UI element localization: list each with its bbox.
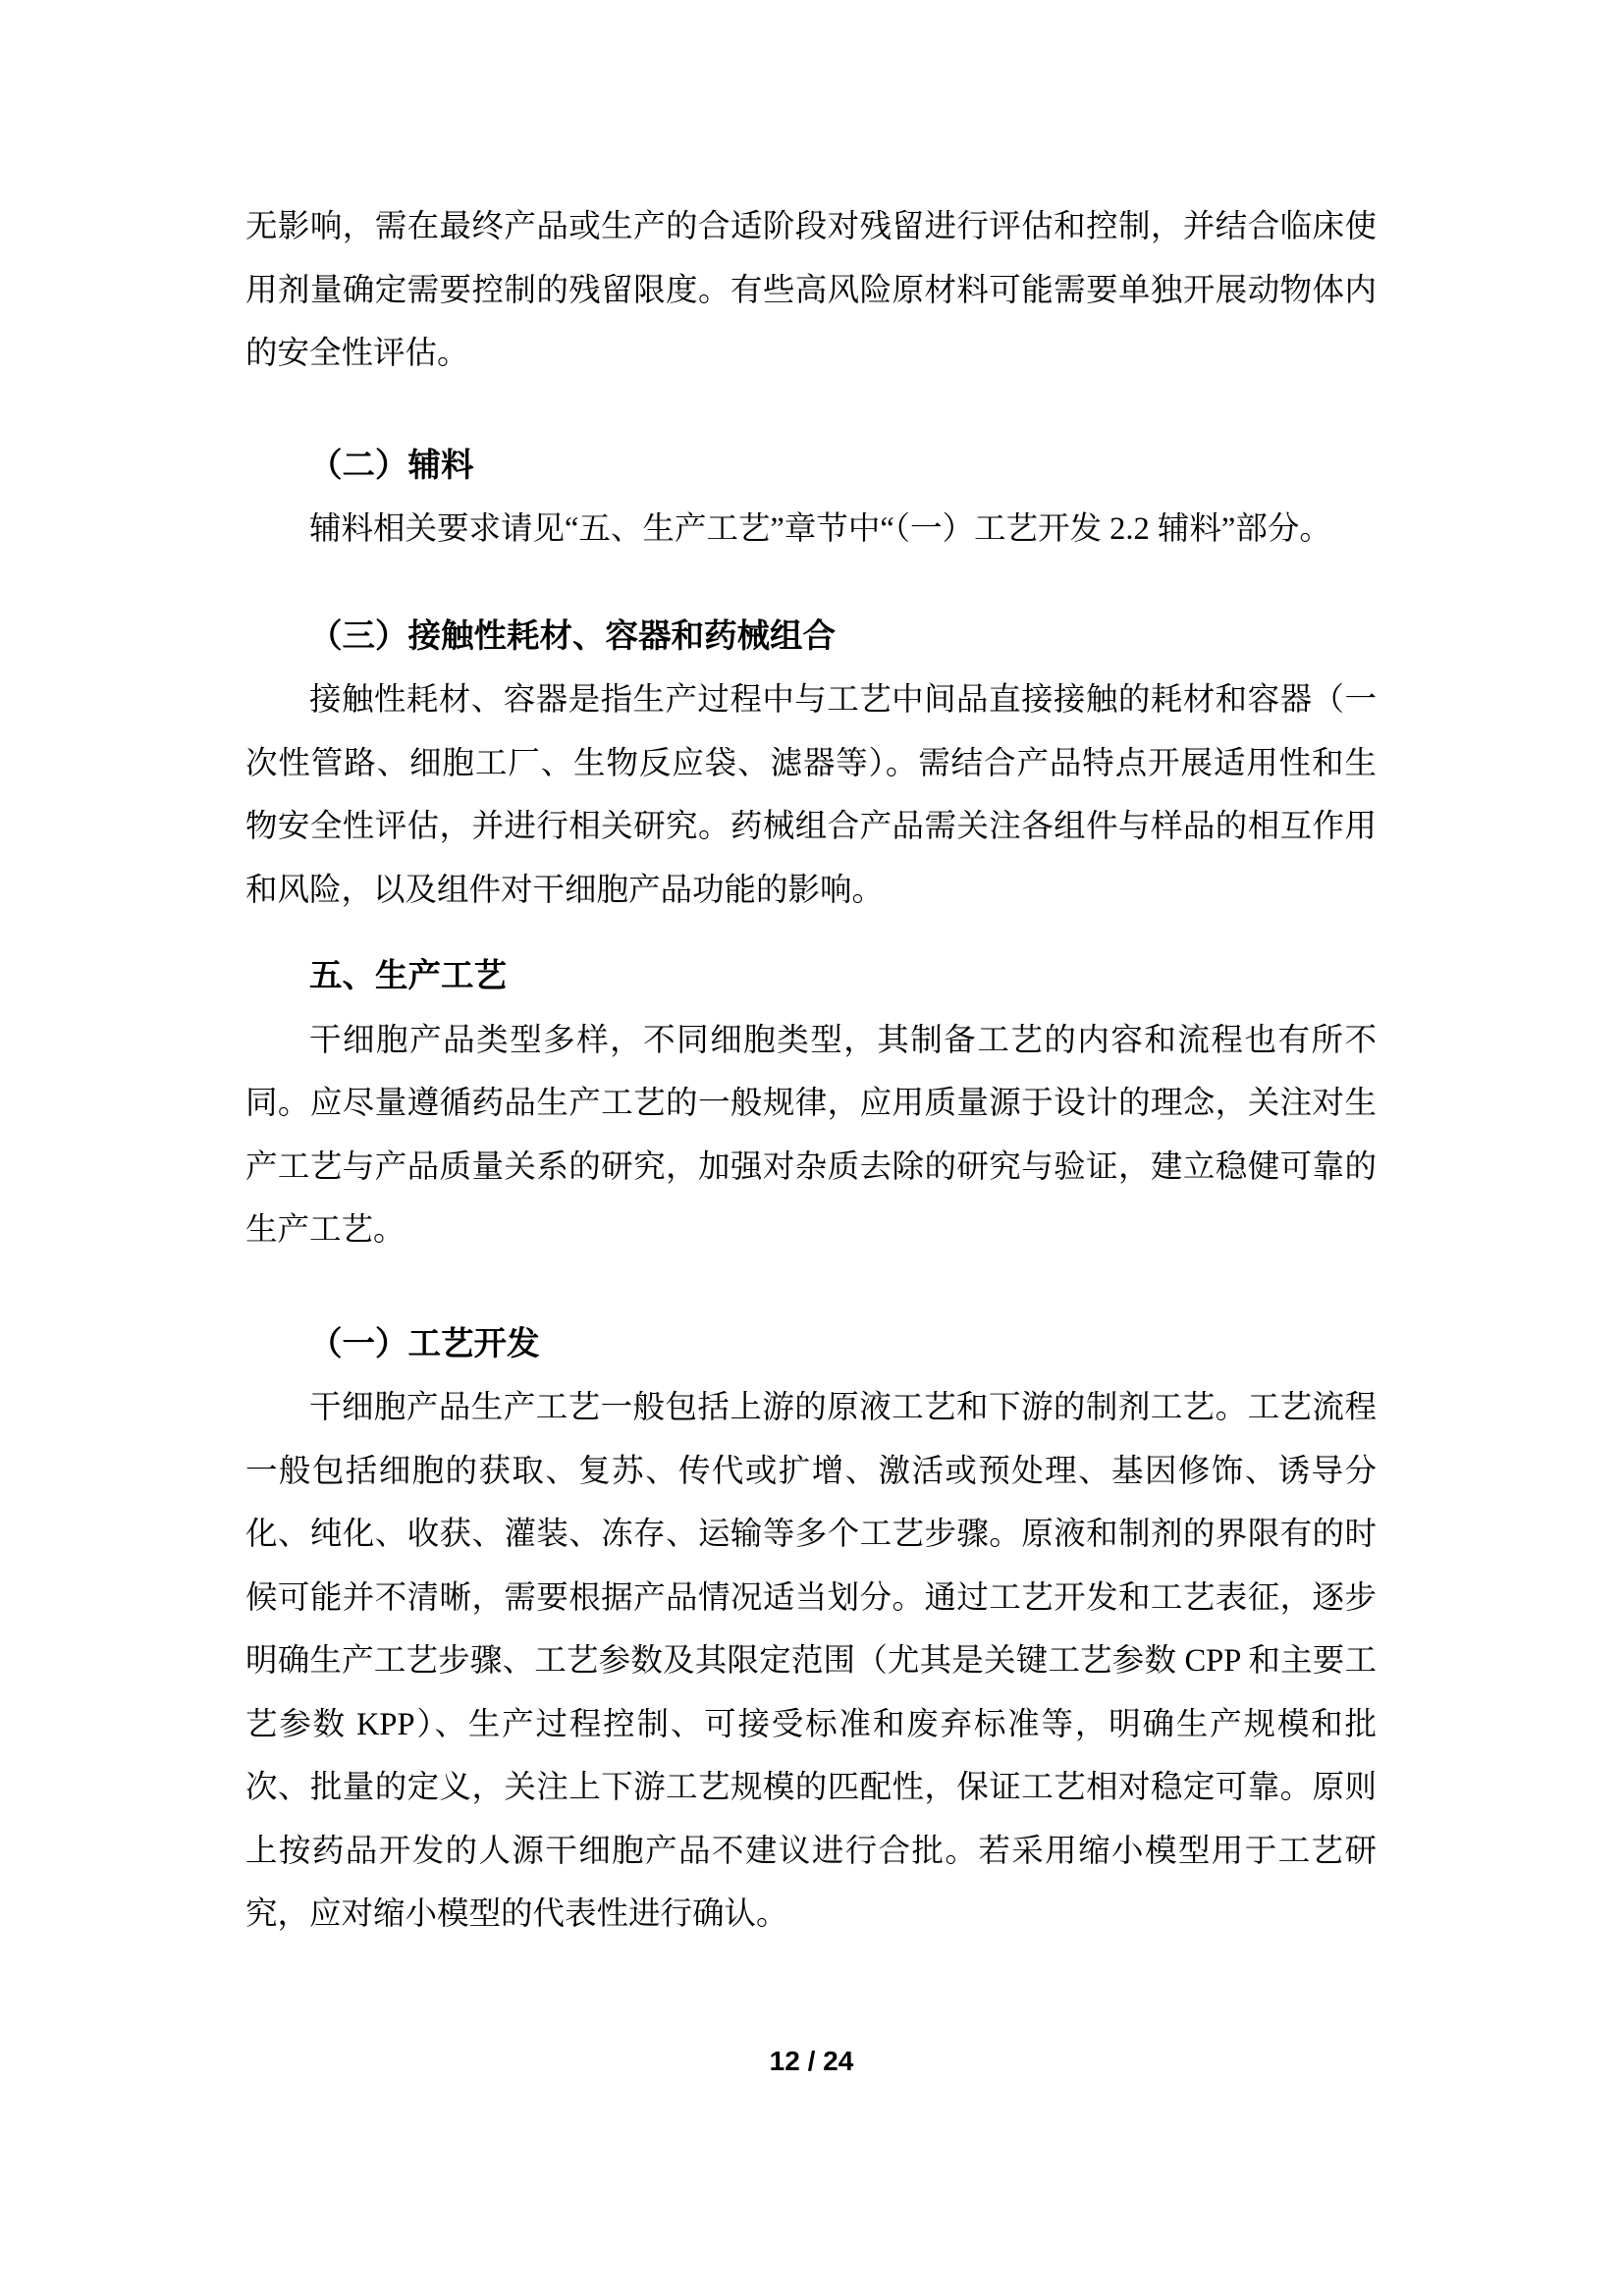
- body-paragraph: 辅料相关要求请见“五、生产工艺”章节中“（一）工艺开发 2.2 辅料”部分。: [245, 498, 1377, 561]
- body-paragraph: 干细胞产品类型多样，不同细胞类型，其制备工艺的内容和流程也有所不同。应尽量遵循药…: [245, 1009, 1377, 1262]
- page-text-block: 无影响，需在最终产品或生产的合适阶段对残留进行评估和控制，并结合临床使用剂量确定…: [245, 195, 1377, 1947]
- document-page: 无影响，需在最终产品或生产的合适阶段对残留进行评估和控制，并结合临床使用剂量确定…: [0, 0, 1623, 2296]
- section-heading-process-development: （一）工艺开发: [245, 1313, 1377, 1377]
- chapter-heading-production-process: 五、生产工艺: [245, 945, 1377, 1009]
- body-paragraph: 干细胞产品生产工艺一般包括上游的原液工艺和下游的制剂工艺。工艺流程一般包括细胞的…: [245, 1376, 1377, 1947]
- section-heading-excipients: （二）辅料: [245, 435, 1377, 499]
- section-heading-consumables-containers: （三）接触性耗材、容器和药械组合: [245, 606, 1377, 669]
- continuation-paragraph: 无影响，需在最终产品或生产的合适阶段对残留进行评估和控制，并结合临床使用剂量确定…: [245, 195, 1377, 386]
- page-number: 12 / 24: [0, 2045, 1623, 2078]
- body-paragraph: 接触性耗材、容器是指生产过程中与工艺中间品直接接触的耗材和容器（一次性管路、细胞…: [245, 668, 1377, 922]
